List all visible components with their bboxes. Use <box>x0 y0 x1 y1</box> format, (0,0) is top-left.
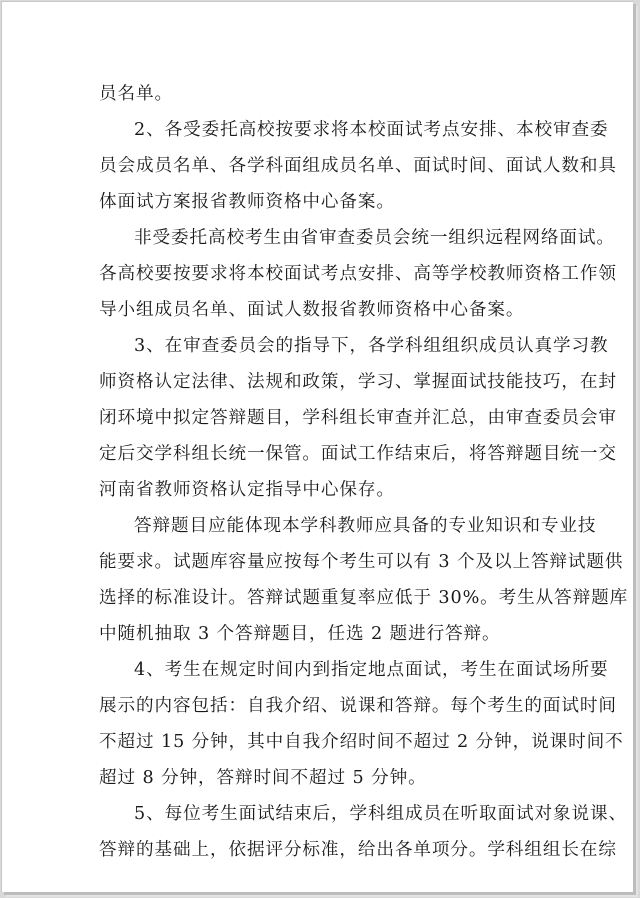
text-line: 展示的内容包括：自我介绍、说课和答辩。每个考生的面试时间 <box>99 688 545 724</box>
text-line: 导小组成员名单、面试人数报省教师资格中心备案。 <box>99 292 545 328</box>
document-page: 员名单。 2、各受委托高校按要求将本校面试考点安排、本校审查委 员会成员名单、各… <box>1 1 633 892</box>
text-line: 不超过 15 分钟，其中自我介绍时间不超过 2 分钟，说课时间不 <box>99 724 545 760</box>
text-line: 选择的标准设计。答辩试题重复率应低于 30%。考生从答辩题库 <box>99 580 545 616</box>
paragraph-item-4-line: 4、考生在规定时间内到指定地点面试，考生在面试场所要 <box>99 652 545 688</box>
text-line: 闭环境中拟定答辩题目，学科组长审查并汇总，由审查委员会审 <box>99 400 545 436</box>
paragraph-non-entrusted-line: 非受委托高校考生由省审查委员会统一组织远程网络面试。 <box>99 220 545 256</box>
text-line: 体面试方案报省教师资格中心备案。 <box>99 184 545 220</box>
paragraph-item-5-line: 5、每位考生面试结束后，学科组成员在听取面试对象说课、 <box>99 796 545 832</box>
text-line: 定后交学科组长统一保管。面试工作结束后，将答辩题目统一交 <box>99 436 545 472</box>
paragraph-item-2-line: 2、各受委托高校按要求将本校面试考点安排、本校审查委 <box>99 112 545 148</box>
text-line: 河南省教师资格认定指导中心保存。 <box>99 472 545 508</box>
text-line: 超过 8 分钟，答辩时间不超过 5 分钟。 <box>99 760 545 796</box>
text-line: 各高校要按要求将本校面试考点安排、高等学校教师资格工作领 <box>99 256 545 292</box>
text-line: 师资格认定法律、法规和政策，学习、掌握面试技能技巧，在封 <box>99 364 545 400</box>
text-line: 能要求。试题库容量应按每个考生可以有 3 个及以上答辩试题供 <box>99 544 545 580</box>
text-line: 答辩的基础上，依据评分标准，给出各单项分。学科组组长在综 <box>99 832 545 868</box>
text-line: 员会成员名单、各学科面组成员名单、面试时间、面试人数和具 <box>99 148 545 184</box>
document-body: 员名单。 2、各受委托高校按要求将本校面试考点安排、本校审查委 员会成员名单、各… <box>99 76 545 868</box>
paragraph-defense-questions-line: 答辩题目应能体现本学科教师应具备的专业知识和专业技 <box>99 508 545 544</box>
paragraph-item-3-line: 3、在审查委员会的指导下，各学科组组织成员认真学习教 <box>99 328 545 364</box>
text-line: 中随机抽取 3 个答辩题目，任选 2 题进行答辩。 <box>99 616 545 652</box>
text-line: 员名单。 <box>99 76 545 112</box>
